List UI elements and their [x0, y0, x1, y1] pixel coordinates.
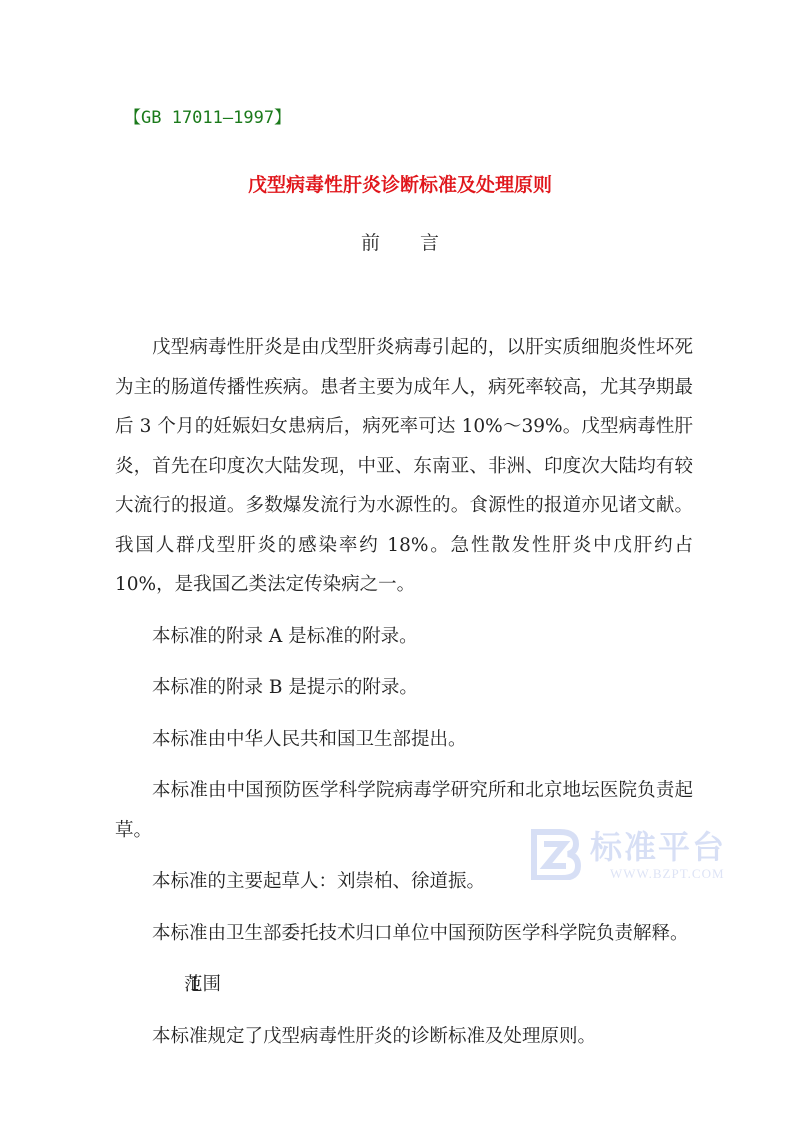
paragraph-drafting-org: 本标准由中国预防医学科学院病毒学研究所和北京地坛医院负责起草。: [115, 771, 693, 850]
section-title-foreword: 前言: [0, 228, 800, 255]
paragraph-drafters: 本标准的主要起草人：刘崇柏、徐道振。: [115, 862, 693, 902]
document-title: 戊型病毒性肝炎诊断标准及处理原则: [0, 170, 800, 197]
document-body: 戊型病毒性肝炎是由戊型肝炎病毒引起的，以肝实质细胞炎性坏死为主的肠道传播性疾病。…: [115, 328, 693, 1068]
scope-text: 本标准规定了戊型病毒性肝炎的诊断标准及处理原则。: [115, 1017, 693, 1057]
scope-heading-label: 范围: [184, 974, 221, 995]
paragraph-intro: 戊型病毒性肝炎是由戊型肝炎病毒引起的，以肝实质细胞炎性坏死为主的肠道传播性疾病。…: [115, 328, 693, 605]
standard-code: 【GB 17011—1997】: [124, 103, 291, 128]
scope-heading: 1范围: [115, 965, 693, 1005]
paragraph-interpretation: 本标准由卫生部委托技术归口单位中国预防医学科学院负责解释。: [115, 914, 693, 954]
paragraph-appendix-b: 本标准的附录 B 是提示的附录。: [115, 668, 693, 708]
paragraph-appendix-a: 本标准的附录 A 是标准的附录。: [115, 617, 693, 657]
scope-number: 1: [152, 965, 184, 1005]
document-page: 【GB 17011—1997】 戊型病毒性肝炎诊断标准及处理原则 前言 戊型病毒…: [0, 0, 800, 1131]
paragraph-proposer: 本标准由中华人民共和国卫生部提出。: [115, 720, 693, 760]
